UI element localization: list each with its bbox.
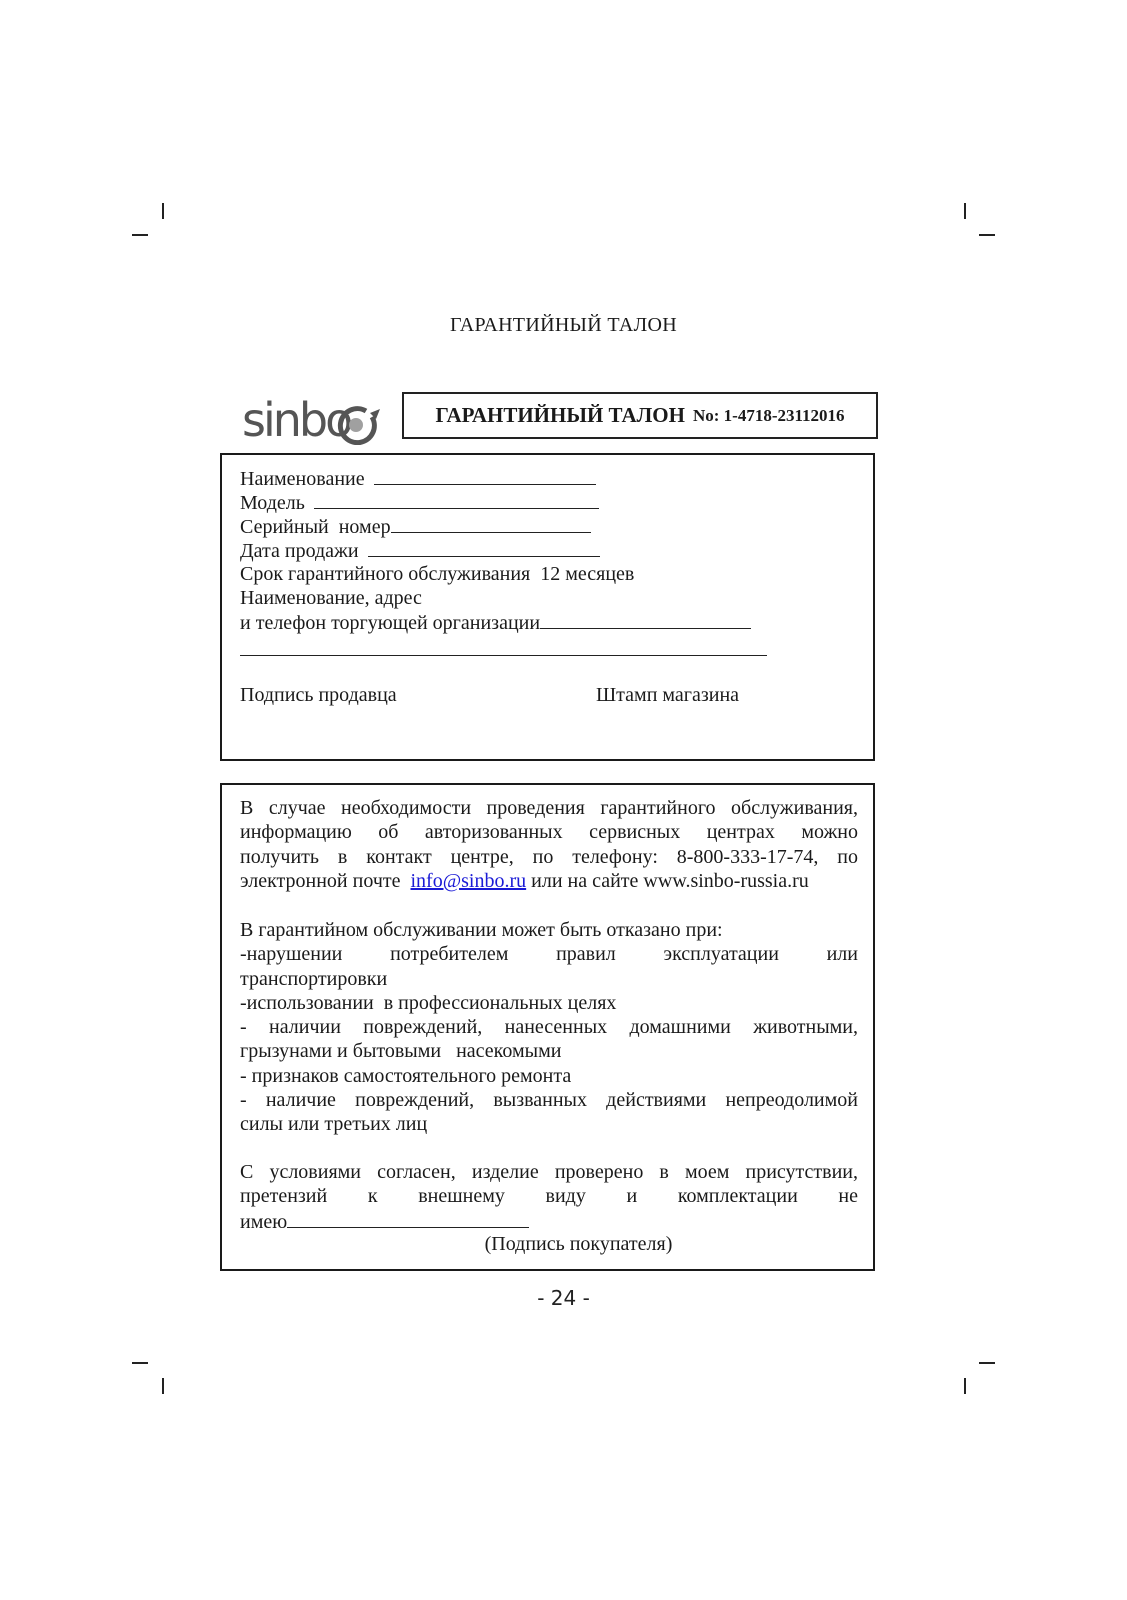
warranty-number: No: 1-4718-23112016	[693, 406, 845, 426]
sinbo-logo-mark-icon	[336, 405, 382, 445]
svg-text:sinbo: sinbo	[242, 396, 351, 444]
model-input-line[interactable]	[314, 490, 599, 509]
refusal-item: - наличие повреждений, вызванных действи…	[240, 1088, 858, 1112]
crop-mark	[162, 1378, 164, 1394]
crop-mark	[979, 234, 995, 236]
org-field: и телефон торгующей организации	[240, 610, 751, 635]
text-line: электронной почте info@sinbo.ru или на с…	[240, 869, 858, 893]
refusal-item: -нарушении потребителем правил эксплуата…	[240, 942, 858, 966]
crop-mark	[979, 1362, 995, 1364]
warranty-period: Срок гарантийного обслуживания 12 месяце…	[240, 562, 634, 586]
refusal-item: транспортировки	[240, 967, 858, 991]
name-input-line[interactable]	[374, 466, 596, 485]
agreement-line: претензий к внешнему виду и комплектации…	[240, 1184, 858, 1208]
crop-mark	[964, 203, 966, 219]
refusal-item: -использовании в профессиональных целях	[240, 991, 858, 1015]
org-input-line[interactable]	[540, 610, 751, 629]
page-number: - 24 -	[0, 1286, 1127, 1310]
refusal-item: - признаков самостоятельного ремонта	[240, 1064, 858, 1088]
field-model: Модель	[240, 490, 599, 515]
agreement-text: имею	[240, 1211, 287, 1233]
agreement-line: имею	[240, 1209, 858, 1234]
sale-date-input-line[interactable]	[368, 538, 600, 557]
field-name: Наименование	[240, 466, 596, 491]
field-label: Наименование	[240, 468, 365, 490]
text-line: информацию об авторизованных сервисных ц…	[240, 820, 858, 844]
crop-mark	[132, 234, 148, 236]
crop-mark	[162, 203, 164, 219]
buyer-signature-label: (Подпись покупателя)	[0, 1233, 1127, 1256]
refusal-conditions: В гарантийном обслуживании может быть от…	[240, 918, 858, 1137]
field-serial: Серийный номер	[240, 514, 591, 539]
crop-mark	[132, 1362, 148, 1364]
website-text: или на сайте www.sinbo-russia.ru	[526, 870, 809, 892]
refusal-item: грызунами и бытовыми насекомыми	[240, 1039, 858, 1063]
buyer-signature-line[interactable]	[287, 1209, 529, 1228]
org-input-line-2[interactable]	[240, 655, 767, 656]
agreement: С условиями согласен, изделие проверено …	[240, 1160, 858, 1234]
field-label: и телефон торгующей организации	[240, 612, 540, 634]
store-stamp-label: Штамп магазина	[596, 684, 739, 707]
service-info: В случае необходимости проведения гарант…	[240, 796, 858, 893]
field-label: Модель	[240, 492, 305, 514]
agreement-line: С условиями согласен, изделие проверено …	[240, 1160, 858, 1184]
page-title: ГАРАНТИЙНЫЙ ТАЛОН	[0, 314, 1127, 337]
refusal-item: силы или третьих лиц	[240, 1112, 858, 1136]
field-sale-date: Дата продажи	[240, 538, 600, 563]
refusal-item: - наличии повреждений, нанесенных домашн…	[240, 1015, 858, 1039]
seller-signature-label: Подпись продавца	[240, 684, 397, 707]
text-line: получить в контакт центре, по телефону: …	[240, 845, 858, 869]
warranty-header-box: ГАРАНТИЙНЫЙ ТАЛОН No: 1-4718-23112016	[402, 392, 878, 439]
refusal-intro: В гарантийном обслуживании может быть от…	[240, 918, 858, 942]
email-prefix: электронной почте	[240, 870, 406, 892]
crop-mark	[964, 1378, 966, 1394]
org-label: Наименование, адрес	[240, 586, 422, 610]
field-label: Серийный номер	[240, 516, 391, 538]
text-line: В случае необходимости проведения гарант…	[240, 796, 858, 820]
field-label: Дата продажи	[240, 540, 359, 562]
warranty-title: ГАРАНТИЙНЫЙ ТАЛОН	[435, 403, 685, 428]
serial-input-line[interactable]	[391, 514, 591, 533]
email-link[interactable]: info@sinbo.ru	[411, 870, 527, 892]
